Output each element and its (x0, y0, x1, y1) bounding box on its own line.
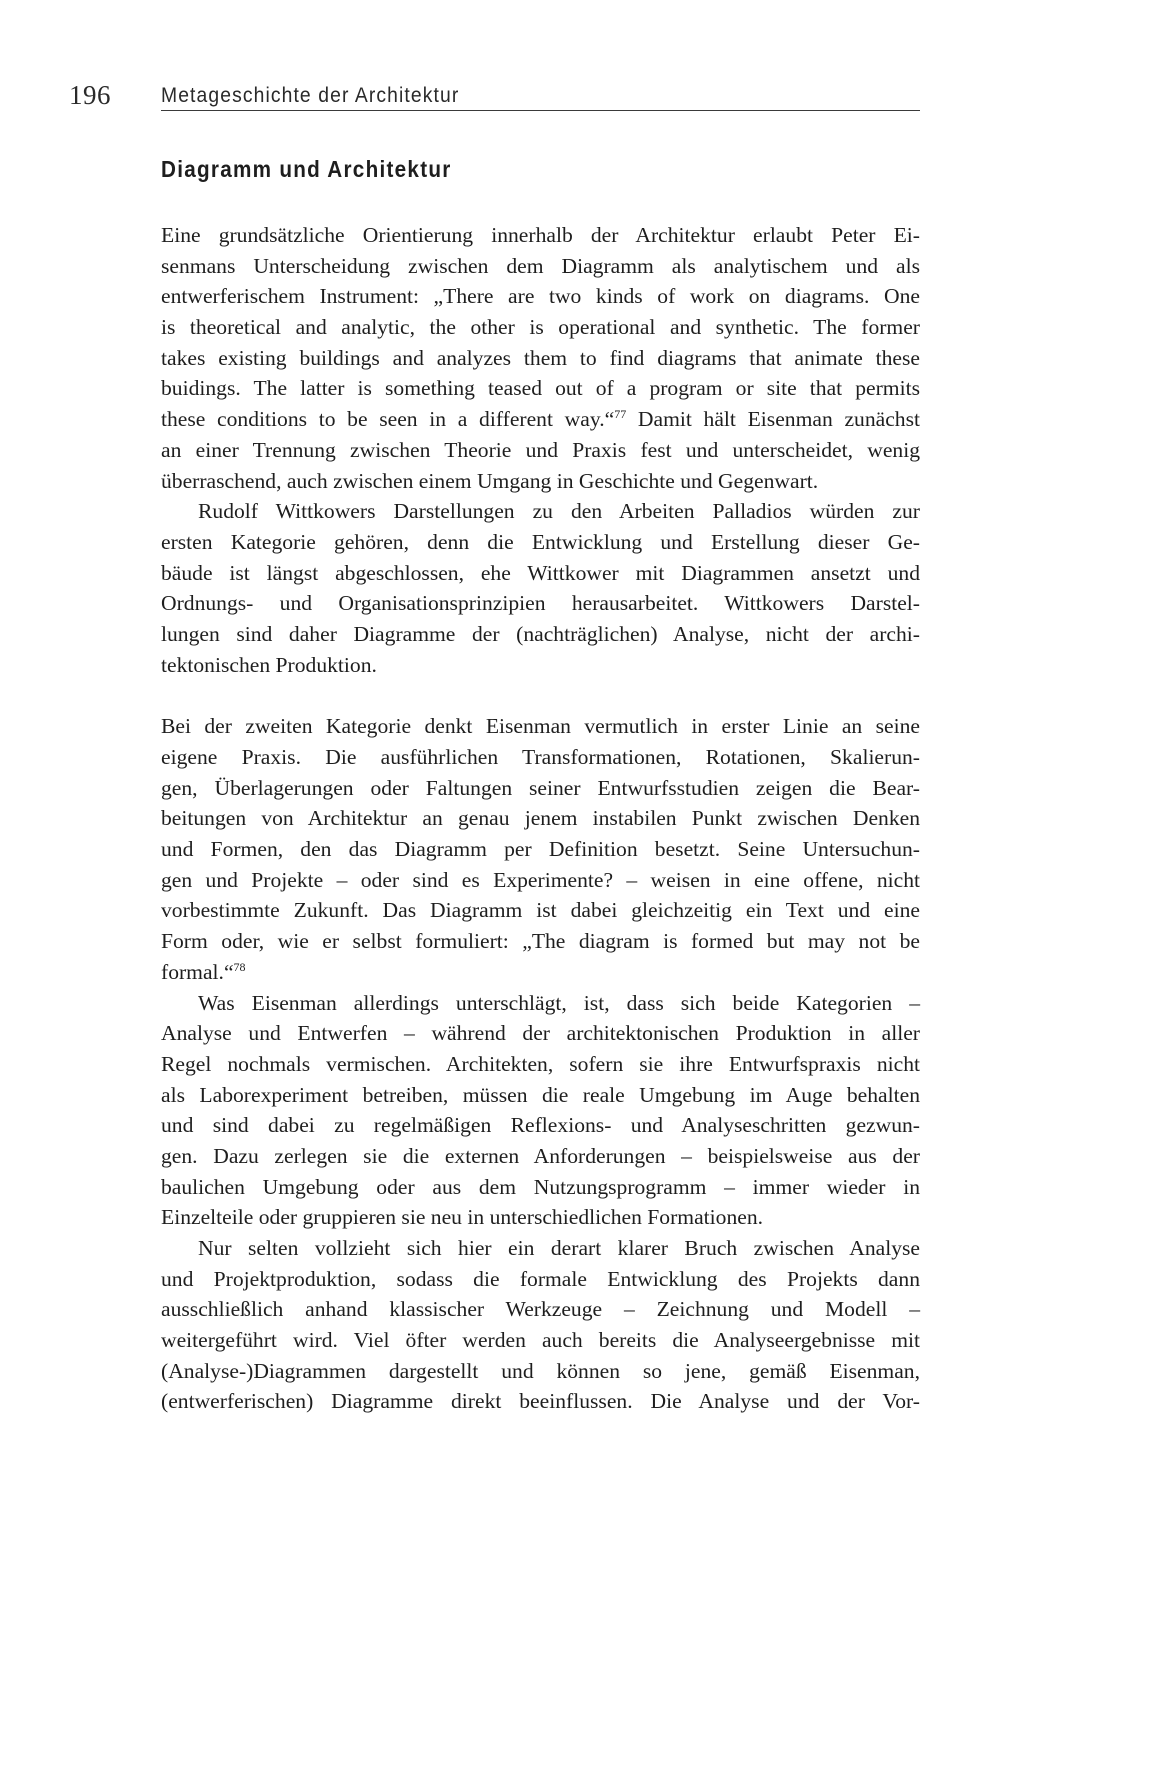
text-line: weitergeführt wird. Viel öfter werden au… (161, 1325, 920, 1356)
line-text: überraschend, auch zwischen einem Umgang… (161, 469, 818, 493)
text-line: Nur selten vollzieht sich hier ein derar… (161, 1233, 920, 1264)
text-line: und Projektproduktion, sodass die formal… (161, 1264, 920, 1295)
line-text: Analyse und Entwerfen – während der arch… (161, 1021, 920, 1045)
line-text: und Formen, den das Diagramm per Definit… (161, 837, 920, 861)
line-text: als Laborexperiment betreiben, müssen di… (161, 1083, 920, 1107)
text-line: Analyse und Entwerfen – während der arch… (161, 1018, 920, 1049)
text-line: und sind dabei zu regelmäßigen Reflexion… (161, 1110, 920, 1141)
line-text: vorbestimmte Zukunft. Das Diagramm ist d… (161, 898, 920, 922)
line-text: (Analyse-)Diagrammen dargestellt und kön… (161, 1359, 920, 1383)
line-text: Einzelteile oder gruppieren sie neu in u… (161, 1205, 763, 1229)
text-line: Ordnungs- und Organisationsprinzipien he… (161, 588, 920, 619)
text-line: bäude ist längst abgeschlossen, ehe Witt… (161, 558, 920, 589)
text-line: formal.“78 (161, 957, 920, 988)
text-line: takes existing buildings and analyzes th… (161, 343, 920, 374)
paragraph: Was Eisenman allerdings unterschlägt, is… (161, 988, 920, 1234)
text-line: is theoretical and analytic, the other i… (161, 312, 920, 343)
text-line: Regel nochmals vermischen. Architekten, … (161, 1049, 920, 1080)
footnote-reference[interactable]: 77 (614, 407, 626, 421)
line-text: tektonischen Produktion. (161, 653, 377, 677)
body-text: Eine grundsätzliche Orientierung innerha… (161, 220, 920, 1417)
text-line: gen und Projekte – oder sind es Experime… (161, 865, 920, 896)
text-line: und Formen, den das Diagramm per Definit… (161, 834, 920, 865)
running-head-title: Metageschichte der Architektur (161, 84, 459, 108)
text-line: (Analyse-)Diagrammen dargestellt und kön… (161, 1356, 920, 1387)
line-text: Regel nochmals vermischen. Architekten, … (161, 1052, 920, 1076)
line-text: buidings. The latter is something teased… (161, 376, 920, 400)
line-text: gen. Dazu zerlegen sie die externen Anfo… (161, 1144, 920, 1168)
line-text: baulichen Umgebung oder aus dem Nutzungs… (161, 1175, 920, 1199)
line-text: gen, Überlagerungen oder Faltungen seine… (161, 776, 920, 800)
line-text: entwerferischem Instrument: „There are t… (161, 284, 920, 308)
line-text: Nur selten vollzieht sich hier ein derar… (198, 1236, 920, 1260)
line-text: und Projektproduktion, sodass die formal… (161, 1267, 920, 1291)
line-text: und sind dabei zu regelmäßigen Reflexion… (161, 1113, 920, 1137)
page-number: 196 (69, 80, 111, 111)
text-line: beitungen von Architektur an genau jenem… (161, 803, 920, 834)
line-text: an einer Trennung zwischen Theorie und P… (161, 438, 920, 462)
paragraph-gap (161, 680, 920, 711)
text-line: ersten Kategorie gehören, denn die Entwi… (161, 527, 920, 558)
text-line: eigene Praxis. Die ausführlichen Transfo… (161, 742, 920, 773)
text-line: Rudolf Wittkowers Darstellungen zu den A… (161, 496, 920, 527)
line-text: weitergeführt wird. Viel öfter werden au… (161, 1328, 920, 1352)
text-line: Was Eisenman allerdings unterschlägt, is… (161, 988, 920, 1019)
text-line: senmans Unterscheidung zwischen dem Diag… (161, 251, 920, 282)
line-text: takes existing buildings and analyzes th… (161, 346, 920, 370)
paragraph: Bei der zweiten Kategorie denkt Eisenman… (161, 711, 920, 987)
text-line: vorbestimmte Zukunft. Das Diagramm ist d… (161, 895, 920, 926)
line-text: Rudolf Wittkowers Darstellungen zu den A… (198, 499, 920, 523)
text-line: Eine grundsätzliche Orientierung innerha… (161, 220, 920, 251)
text-line: entwerferischem Instrument: „There are t… (161, 281, 920, 312)
text-line: gen, Überlagerungen oder Faltungen seine… (161, 773, 920, 804)
line-text: beitungen von Architektur an genau jenem… (161, 806, 920, 830)
line-text: (entwerferischen) Diagramme direkt beein… (161, 1389, 920, 1413)
text-line: Einzelteile oder gruppieren sie neu in u… (161, 1202, 920, 1233)
text-line: als Laborexperiment betreiben, müssen di… (161, 1080, 920, 1111)
line-text: Form oder, wie er selbst formuliert: „Th… (161, 929, 920, 953)
header-rule (161, 110, 920, 111)
line-text: Eine grundsätzliche Orientierung innerha… (161, 223, 920, 247)
line-text: bäude ist längst abgeschlossen, ehe Witt… (161, 561, 920, 585)
line-text: gen und Projekte – oder sind es Experime… (161, 868, 920, 892)
line-text: Bei der zweiten Kategorie denkt Eisenman… (161, 714, 920, 738)
footnote-reference[interactable]: 78 (234, 960, 246, 974)
paragraph: Nur selten vollzieht sich hier ein derar… (161, 1233, 920, 1417)
line-text: lungen sind daher Diagramme der (nachträ… (161, 622, 920, 646)
text-line: Form oder, wie er selbst formuliert: „Th… (161, 926, 920, 957)
text-line: (entwerferischen) Diagramme direkt beein… (161, 1386, 920, 1417)
text-line: buidings. The latter is something teased… (161, 373, 920, 404)
paragraph: Rudolf Wittkowers Darstellungen zu den A… (161, 496, 920, 680)
text-line: überraschend, auch zwischen einem Umgang… (161, 466, 920, 497)
text-line: tektonischen Produktion. (161, 650, 920, 681)
line-text: formal.“ (161, 960, 234, 984)
text-line: gen. Dazu zerlegen sie die externen Anfo… (161, 1141, 920, 1172)
line-text: senmans Unterscheidung zwischen dem Diag… (161, 254, 920, 278)
line-text: ersten Kategorie gehören, denn die Entwi… (161, 530, 920, 554)
line-text: is theoretical and analytic, the other i… (161, 315, 920, 339)
text-line: ausschließlich anhand klassischer Werkze… (161, 1294, 920, 1325)
text-line: baulichen Umgebung oder aus dem Nutzungs… (161, 1172, 920, 1203)
text-line: these conditions to be seen in a differe… (161, 404, 920, 435)
section-title: Diagramm und Architektur (161, 156, 452, 183)
text-line: Bei der zweiten Kategorie denkt Eisenman… (161, 711, 920, 742)
line-text: these conditions to be seen in a differe… (161, 407, 614, 431)
text-line: an einer Trennung zwischen Theorie und P… (161, 435, 920, 466)
line-text: Was Eisenman allerdings unterschlägt, is… (198, 991, 920, 1015)
paragraph: Eine grundsätzliche Orientierung innerha… (161, 220, 920, 496)
line-text: Damit hält Eisenman zunächst (626, 407, 920, 431)
line-text: Ordnungs- und Organisationsprinzipien he… (161, 591, 920, 615)
text-line: lungen sind daher Diagramme der (nachträ… (161, 619, 920, 650)
line-text: ausschließlich anhand klassischer Werkze… (161, 1297, 920, 1321)
line-text: eigene Praxis. Die ausführlichen Transfo… (161, 745, 920, 769)
